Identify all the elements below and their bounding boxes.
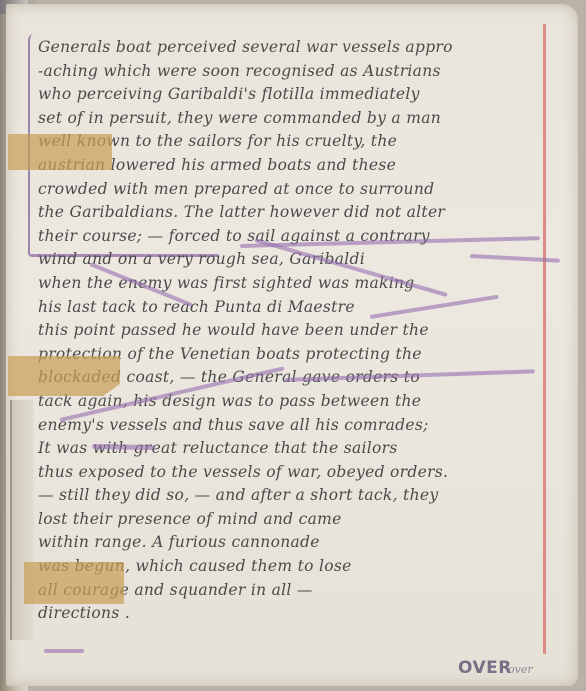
- text-line: Generals boat perceived several war vess…: [38, 36, 548, 60]
- text-line: directions .: [38, 602, 548, 626]
- over-stamp: OVER: [458, 658, 512, 678]
- text-line: within range. A furious cannonade: [38, 531, 548, 555]
- tape-piece: [8, 356, 120, 396]
- text-line: enemy's vessels and thus save all his co…: [38, 414, 548, 438]
- text-line: thus exposed to the vessels of war, obey…: [38, 461, 548, 485]
- binding-repair-strip: [10, 400, 34, 640]
- purple-strike-mark: [44, 649, 84, 653]
- text-line: -aching which were soon recognised as Au…: [38, 60, 548, 84]
- text-line: this point passed he would have been und…: [38, 319, 548, 343]
- tape-piece: [24, 562, 124, 604]
- purple-strike-mark: [92, 444, 154, 450]
- text-line: crowded with men prepared at once to sur…: [38, 178, 548, 202]
- text-line: tack again, his design was to pass betwe…: [38, 390, 548, 414]
- text-line: austrian lowered his armed boats and the…: [38, 154, 548, 178]
- text-line: the Garibaldians. The latter however did…: [38, 201, 548, 225]
- text-line: well known to the sailors for his cruelt…: [38, 130, 548, 154]
- handwritten-text: Generals boat perceived several war vess…: [38, 36, 548, 626]
- text-line: who perceiving Garibaldi's flotilla imme…: [38, 83, 548, 107]
- over-stamp-tail: over: [508, 663, 533, 676]
- text-line: lost their presence of mind and came: [38, 508, 548, 532]
- text-line: set of in persuit, they were commanded b…: [38, 107, 548, 131]
- tape-piece: [8, 134, 112, 170]
- text-line: — still they did so, — and after a short…: [38, 484, 548, 508]
